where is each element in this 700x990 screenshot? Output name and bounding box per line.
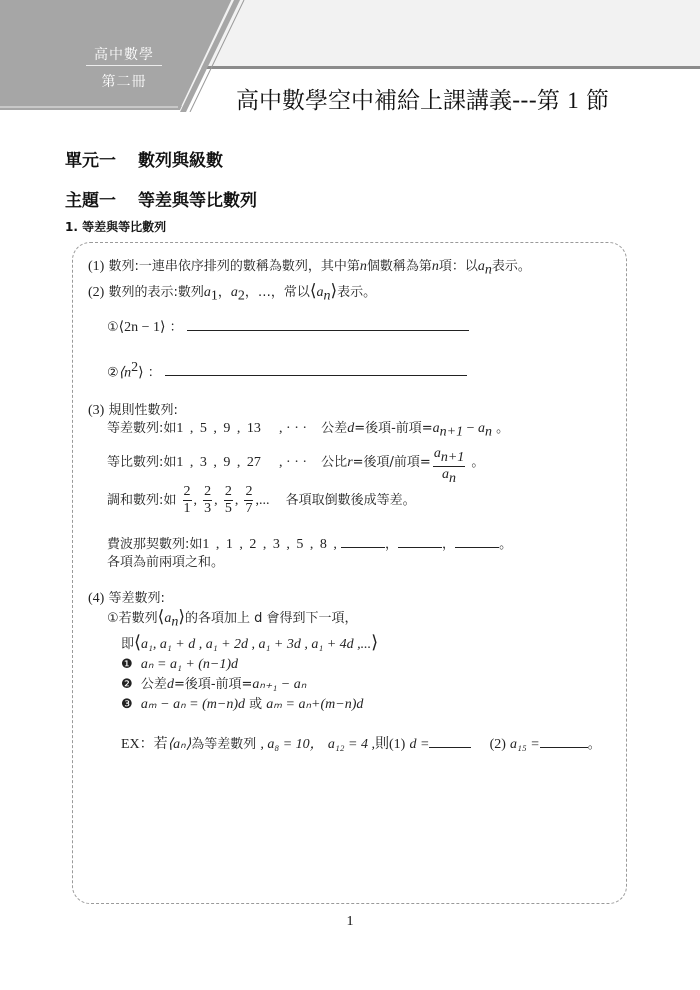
numerator: 2	[203, 484, 212, 501]
item-number: (3)	[88, 403, 104, 418]
circled-number: ①	[107, 320, 119, 335]
separator: ，	[218, 285, 231, 300]
item-text: =後項-前項=	[354, 421, 432, 436]
item-text: 公差	[321, 421, 347, 436]
math-var: a	[231, 285, 238, 300]
section-title: 等差與等比數列	[82, 220, 166, 234]
item-number: (1)	[88, 259, 104, 274]
item-text: 公差	[141, 677, 167, 692]
ellipsis: ,...	[255, 493, 269, 508]
sequence-values: 1 , 1 , 2 , 3 , 5 , 8 ,	[202, 537, 337, 552]
unit-heading: 單元一數列與級數	[65, 146, 223, 171]
unit-label: 單元一	[65, 151, 116, 171]
section-heading: 1. 等差與等比數列	[65, 218, 166, 235]
math-sub: 1	[211, 289, 218, 304]
formula-3: ❸ aₘ − aₙ = (m−n)d 或 aₘ = aₙ+(m−n)d	[121, 697, 363, 713]
denominator: 5	[224, 501, 233, 517]
angle-open: ⟨	[310, 281, 317, 300]
sequence-expression: ⟨n	[119, 365, 131, 380]
math-var: a	[442, 467, 449, 482]
item-text: 若數列	[119, 611, 158, 626]
math-sub: n+1	[440, 425, 463, 440]
colon: ：	[170, 320, 183, 335]
math-sub: n	[324, 289, 331, 304]
numerator: 2	[244, 484, 253, 501]
arithmetic-definition: ①若數列⟨an⟩的各項加上 d 會得到下一項，	[107, 609, 357, 631]
fibonacci-note: 各項為前兩項之和。	[107, 555, 224, 571]
sequence-expansion: a₁, a₁ + d , a₁ + 2d , a₁ + 3d , a₁ + 4d…	[141, 637, 371, 652]
circled-number: ②	[107, 365, 119, 380]
circled-number: ①	[107, 611, 119, 626]
fraction: 25	[224, 484, 233, 517]
denominator: 1	[183, 501, 192, 517]
item-2: (2) 數列的表示:數列a1，a2，…，常以⟨an⟩表示。	[88, 283, 376, 305]
ellipsis: , · · ·	[279, 421, 307, 436]
sequence-values: 1 , 3 , 9 , 27	[176, 455, 261, 470]
item-number: (2)	[88, 285, 104, 300]
item-text: 即	[121, 637, 134, 652]
question-number: (2)	[490, 737, 506, 752]
item-text: 數列:一連串依序排列的數稱為數列，其中第	[108, 259, 359, 274]
example-problem: EX：若⟨aₙ⟩為等差數列 , a₈ = 10， a₁₂ = 4 ,則(1) d…	[121, 737, 601, 753]
item-text: 各項為前兩項之和。	[107, 555, 224, 570]
arithmetic-example: 等差數列:如1 , 5 , 9 , 13 , · · · 公差d=後項-前項=a…	[107, 421, 509, 441]
item-text: =後項-前項=	[174, 677, 252, 692]
ratio-fraction: an+1an	[433, 446, 465, 487]
math-sub: n+1	[441, 450, 464, 465]
item-text: =後項/前項=	[353, 455, 431, 470]
sequence-expression: ⟨aₙ⟩	[168, 737, 192, 752]
item-4-title: (4) 等差數列:	[88, 591, 165, 607]
formula-2: ❷ 公差d=後項-前項=aₙ₊₁ − aₙ	[121, 677, 306, 693]
fraction: 23	[203, 484, 212, 517]
item-3-title: (3) 規則性數列:	[88, 403, 178, 419]
denominator: 3	[203, 501, 212, 517]
item-text: 等差數列:	[108, 591, 164, 606]
item-text: 等差數列:如	[107, 421, 176, 436]
topic-label: 主題一	[65, 191, 116, 211]
sequence-values: 1 , 5 , 9 , 13	[176, 421, 261, 436]
colon: ：	[148, 365, 161, 380]
math-sub: 2	[238, 289, 245, 304]
question-2: a₁₅ =	[510, 737, 540, 752]
fibonacci-example: 費波那契數列:如1 , 1 , 2 , 3 , 5 , 8 , ，，。	[107, 537, 512, 553]
subject-label: 高中數學	[86, 44, 162, 64]
item-text: 等比數列:如	[107, 455, 176, 470]
title-suffix: 節	[586, 88, 609, 114]
answer-blank[interactable]	[398, 547, 442, 548]
ellipsis: , · · ·	[279, 455, 307, 470]
item-text: 規則性數列:	[108, 403, 177, 418]
fraction: 21	[183, 484, 192, 517]
item-1: (1) 數列:一連串依序排列的數稱為數列，其中第n個數稱為第n項：以an表示。	[88, 259, 531, 279]
item-text: ，…，常以	[245, 285, 310, 300]
answer-blank[interactable]	[187, 330, 469, 331]
exercise-2: ②⟨n2⟩ ：	[107, 360, 467, 381]
item-text: 公比	[321, 455, 347, 470]
numerator: 2	[183, 484, 192, 501]
period: 。	[499, 537, 512, 552]
math-sub: n	[485, 263, 492, 278]
title-prefix: 高中數學空中補給上課講義---第	[236, 88, 560, 114]
math-var: a	[433, 421, 440, 436]
math-var: a	[434, 446, 441, 461]
angle-close: ⟩	[138, 365, 143, 380]
math-var: n	[432, 259, 439, 274]
question-1: d =	[409, 737, 429, 752]
bullet-3-icon: ❸	[121, 697, 133, 712]
sequence-expression: ⟨2n − 1⟩	[119, 320, 166, 335]
arithmetic-expansion: 即⟨a₁, a₁ + d , a₁ + 2d , a₁ + 3d , a₁ + …	[121, 634, 378, 653]
condition-2: a₁₂ = 4 ,	[328, 737, 375, 752]
topic-heading: 主題一等差與等比數列	[65, 186, 257, 211]
unit-title: 數列與級數	[138, 151, 223, 171]
math-var: d	[167, 677, 174, 692]
numerator: 2	[224, 484, 233, 501]
separator: ，	[385, 537, 398, 552]
page-title: 高中數學空中補給上課講義---第 1 節	[236, 82, 609, 115]
item-text: 或	[249, 697, 262, 712]
topic-title: 等差與等比數列	[138, 191, 257, 211]
formula-1: ❶ aₙ = a₁ + (n−1)d	[121, 657, 238, 673]
period: 。	[471, 455, 484, 470]
math-sub: n	[485, 425, 492, 440]
item-text: 個數稱為第	[367, 259, 432, 274]
math-var: a	[478, 259, 485, 274]
harmonic-example: 調和數列:如 21, 23, 25, 27,... 各項取倒數後成等差。	[107, 484, 416, 517]
volume-label: 第二冊	[86, 71, 162, 91]
title-number: 1	[567, 88, 579, 113]
math-var: n	[360, 259, 367, 274]
item-text: 費波那契數列:如	[107, 537, 202, 552]
item-text: 調和數列:如	[107, 493, 176, 508]
bullet-1-icon: ❶	[121, 657, 133, 672]
item-text: 的各項加上 d 會得到下一項，	[185, 611, 358, 626]
answer-blank-a15[interactable]	[540, 747, 588, 748]
term-difference-formula: aₘ − aₙ = (m−n)d	[141, 697, 245, 712]
period: 。	[496, 421, 509, 436]
math-var: a	[478, 421, 485, 436]
math-var: a	[317, 285, 324, 300]
section-number: 1.	[65, 220, 78, 234]
bullet-2-icon: ❷	[121, 677, 133, 692]
separator: ，	[442, 537, 455, 552]
example-label: EX：若	[121, 737, 168, 752]
fraction: 27	[244, 484, 253, 517]
geometric-example: 等比數列:如1 , 3 , 9 , 27 , · · · 公比r=後項/前項=a…	[107, 446, 484, 487]
exercise-1: ①⟨2n − 1⟩ ：	[107, 320, 469, 336]
item-text: 為等差數列	[191, 737, 256, 752]
item-number: (4)	[88, 591, 104, 606]
math-var: a	[204, 285, 211, 300]
item-text: 表示。	[337, 285, 376, 300]
difference-formula: aₙ₊₁ − aₙ	[252, 677, 306, 692]
condition-1: , a₈ = 10，	[260, 737, 323, 752]
denominator: 7	[244, 501, 253, 517]
answer-blank[interactable]	[165, 375, 467, 376]
general-term-formula: aₙ = a₁ + (n−1)d	[141, 657, 238, 672]
item-text: 則(1)	[375, 737, 405, 752]
answer-blank-d[interactable]	[429, 747, 471, 748]
period: 。	[588, 737, 601, 752]
item-text: 數列的表示:數列	[108, 285, 203, 300]
math-sub: n	[449, 471, 456, 486]
item-text: 表示。	[492, 259, 531, 274]
operator: −	[463, 421, 478, 436]
item-text: 各項取倒數後成等差。	[286, 493, 416, 508]
term-relation-formula: aₘ = aₙ+(m−n)d	[266, 697, 363, 712]
page-number: 1	[0, 914, 700, 930]
answer-blank[interactable]	[455, 547, 499, 548]
content-box	[72, 242, 627, 904]
brand-divider	[86, 65, 162, 66]
item-text: 項：以	[439, 259, 478, 274]
answer-blank[interactable]	[341, 547, 385, 548]
